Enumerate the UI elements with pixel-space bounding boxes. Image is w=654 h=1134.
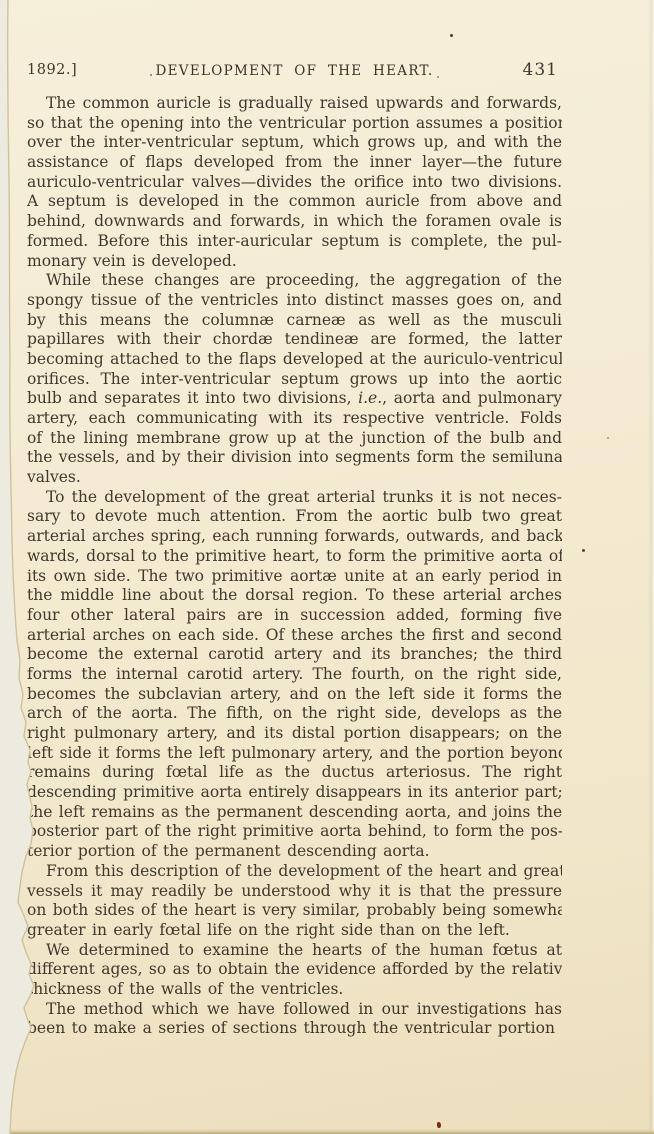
text-line: artery, each communicating with its resp…: [27, 409, 562, 429]
text-line: The method which we have followed in our…: [27, 1000, 562, 1020]
text-line: greater in early fœtal life on the right…: [27, 921, 562, 941]
paragraph: To the development of the great arterial…: [27, 488, 562, 862]
text-line: arterial arches on each side. Of these a…: [27, 626, 562, 646]
text-line: descending primitive aorta entirely disa…: [27, 783, 562, 803]
text-line: on both sides of the heart is very simil…: [27, 901, 562, 921]
page-body: The common auricle is gradually raised u…: [27, 94, 562, 1039]
ink-speck: [450, 34, 453, 37]
paragraph: From this description of the development…: [27, 862, 562, 941]
text-line: by this means the columnæ carneæ as well…: [27, 311, 562, 331]
text-line: become the external carotid artery and i…: [27, 645, 562, 665]
text-line: remains during fœtal life as the ductus …: [27, 763, 562, 783]
text-line: behind, downwards and forwards, in which…: [27, 212, 562, 232]
text-line: orifices. The inter-ventricular septum g…: [27, 370, 562, 390]
ink-speck: [607, 437, 609, 439]
page-header: 1892.] DEVELOPMENT OF THE HEART. 431: [27, 61, 562, 81]
text-line: thickness of the walls of the ventricles…: [27, 980, 562, 1000]
paragraph: While these changes are proceeding, the …: [27, 271, 562, 488]
ink-speck: [300, 688, 302, 690]
text-line: We determined to examine the hearts of t…: [27, 941, 562, 961]
text-line: auriculo-ventricular valves—divides the …: [27, 173, 562, 193]
ink-speck: [345, 244, 347, 246]
text-line: becomes the subclavian artery, and on th…: [27, 685, 562, 705]
text-line: been to make a series of sections throug…: [27, 1019, 562, 1039]
text-line: left side it forms the left pulmonary ar…: [27, 744, 562, 764]
torn-page-edge-icon: [0, 0, 40, 1134]
text-line: posterior part of the right primitive ao…: [27, 822, 562, 842]
ink-speck: [150, 74, 152, 76]
text-line: To the development of the great arterial…: [27, 488, 562, 508]
page-number: 431: [523, 60, 558, 80]
paragraph: The common auricle is gradually raised u…: [27, 94, 562, 271]
text-line: The common auricle is gradually raised u…: [27, 94, 562, 114]
text-line: A septum is developed in the common auri…: [27, 192, 562, 212]
ink-speck: [437, 76, 439, 78]
page-bottom-edge: [0, 1129, 654, 1134]
text-line: assistance of flaps developed from the i…: [27, 153, 562, 173]
text-line: From this description of the development…: [27, 862, 562, 882]
text-line: formed. Before this inter-auricular sept…: [27, 232, 562, 252]
text-line: spongy tissue of the ventricles into dis…: [27, 291, 562, 311]
text-line: the vessels, and by their division into …: [27, 448, 562, 468]
text-line: papillares with their chordæ tendineæ ar…: [27, 330, 562, 350]
paragraph: We determined to examine the hearts of t…: [27, 941, 562, 1000]
text-line: four other lateral pairs are in successi…: [27, 606, 562, 626]
text-line: While these changes are proceeding, the …: [27, 271, 562, 291]
text-line: its own side. The two primitive aortæ un…: [27, 567, 562, 587]
text-line: over the inter-ventricular septum, which…: [27, 133, 562, 153]
text-line: of the lining membrane grow up at the ju…: [27, 429, 562, 449]
page-right-edge: [648, 0, 654, 1134]
text-line: the middle line about the dorsal region.…: [27, 586, 562, 606]
text-line: valves.: [27, 468, 562, 488]
running-title: DEVELOPMENT OF THE HEART.: [156, 63, 434, 79]
text-line: right pulmonary artery, and its distal p…: [27, 724, 562, 744]
text-line: bulb and separates it into two divisions…: [27, 389, 562, 409]
text-line: different ages, so as to obtain the evid…: [27, 960, 562, 980]
text-line: sary to devote much attention. From the …: [27, 507, 562, 527]
text-line: wards, dorsal to the primitive heart, to…: [27, 547, 562, 567]
text-line: monary vein is developed.: [27, 252, 562, 272]
text-line: so that the opening into the ventricular…: [27, 114, 562, 134]
text-line: becoming attached to the flaps developed…: [27, 350, 562, 370]
scanned-page: 1892.] DEVELOPMENT OF THE HEART. 431 The…: [0, 0, 654, 1134]
text-line: forms the internal carotid artery. The f…: [27, 665, 562, 685]
text-line: terior portion of the permanent descendi…: [27, 842, 562, 862]
paragraph: The method which we have followed in our…: [27, 1000, 562, 1039]
text-line: arch of the aorta. The fifth, on the rig…: [27, 704, 562, 724]
text-line: vessels it may readily be understood why…: [27, 882, 562, 902]
text-line: the left remains as the permanent descen…: [27, 803, 562, 823]
ink-speck: [582, 549, 585, 552]
red-stain-speck: [437, 1122, 441, 1128]
text-line: arterial arches spring, each running for…: [27, 527, 562, 547]
